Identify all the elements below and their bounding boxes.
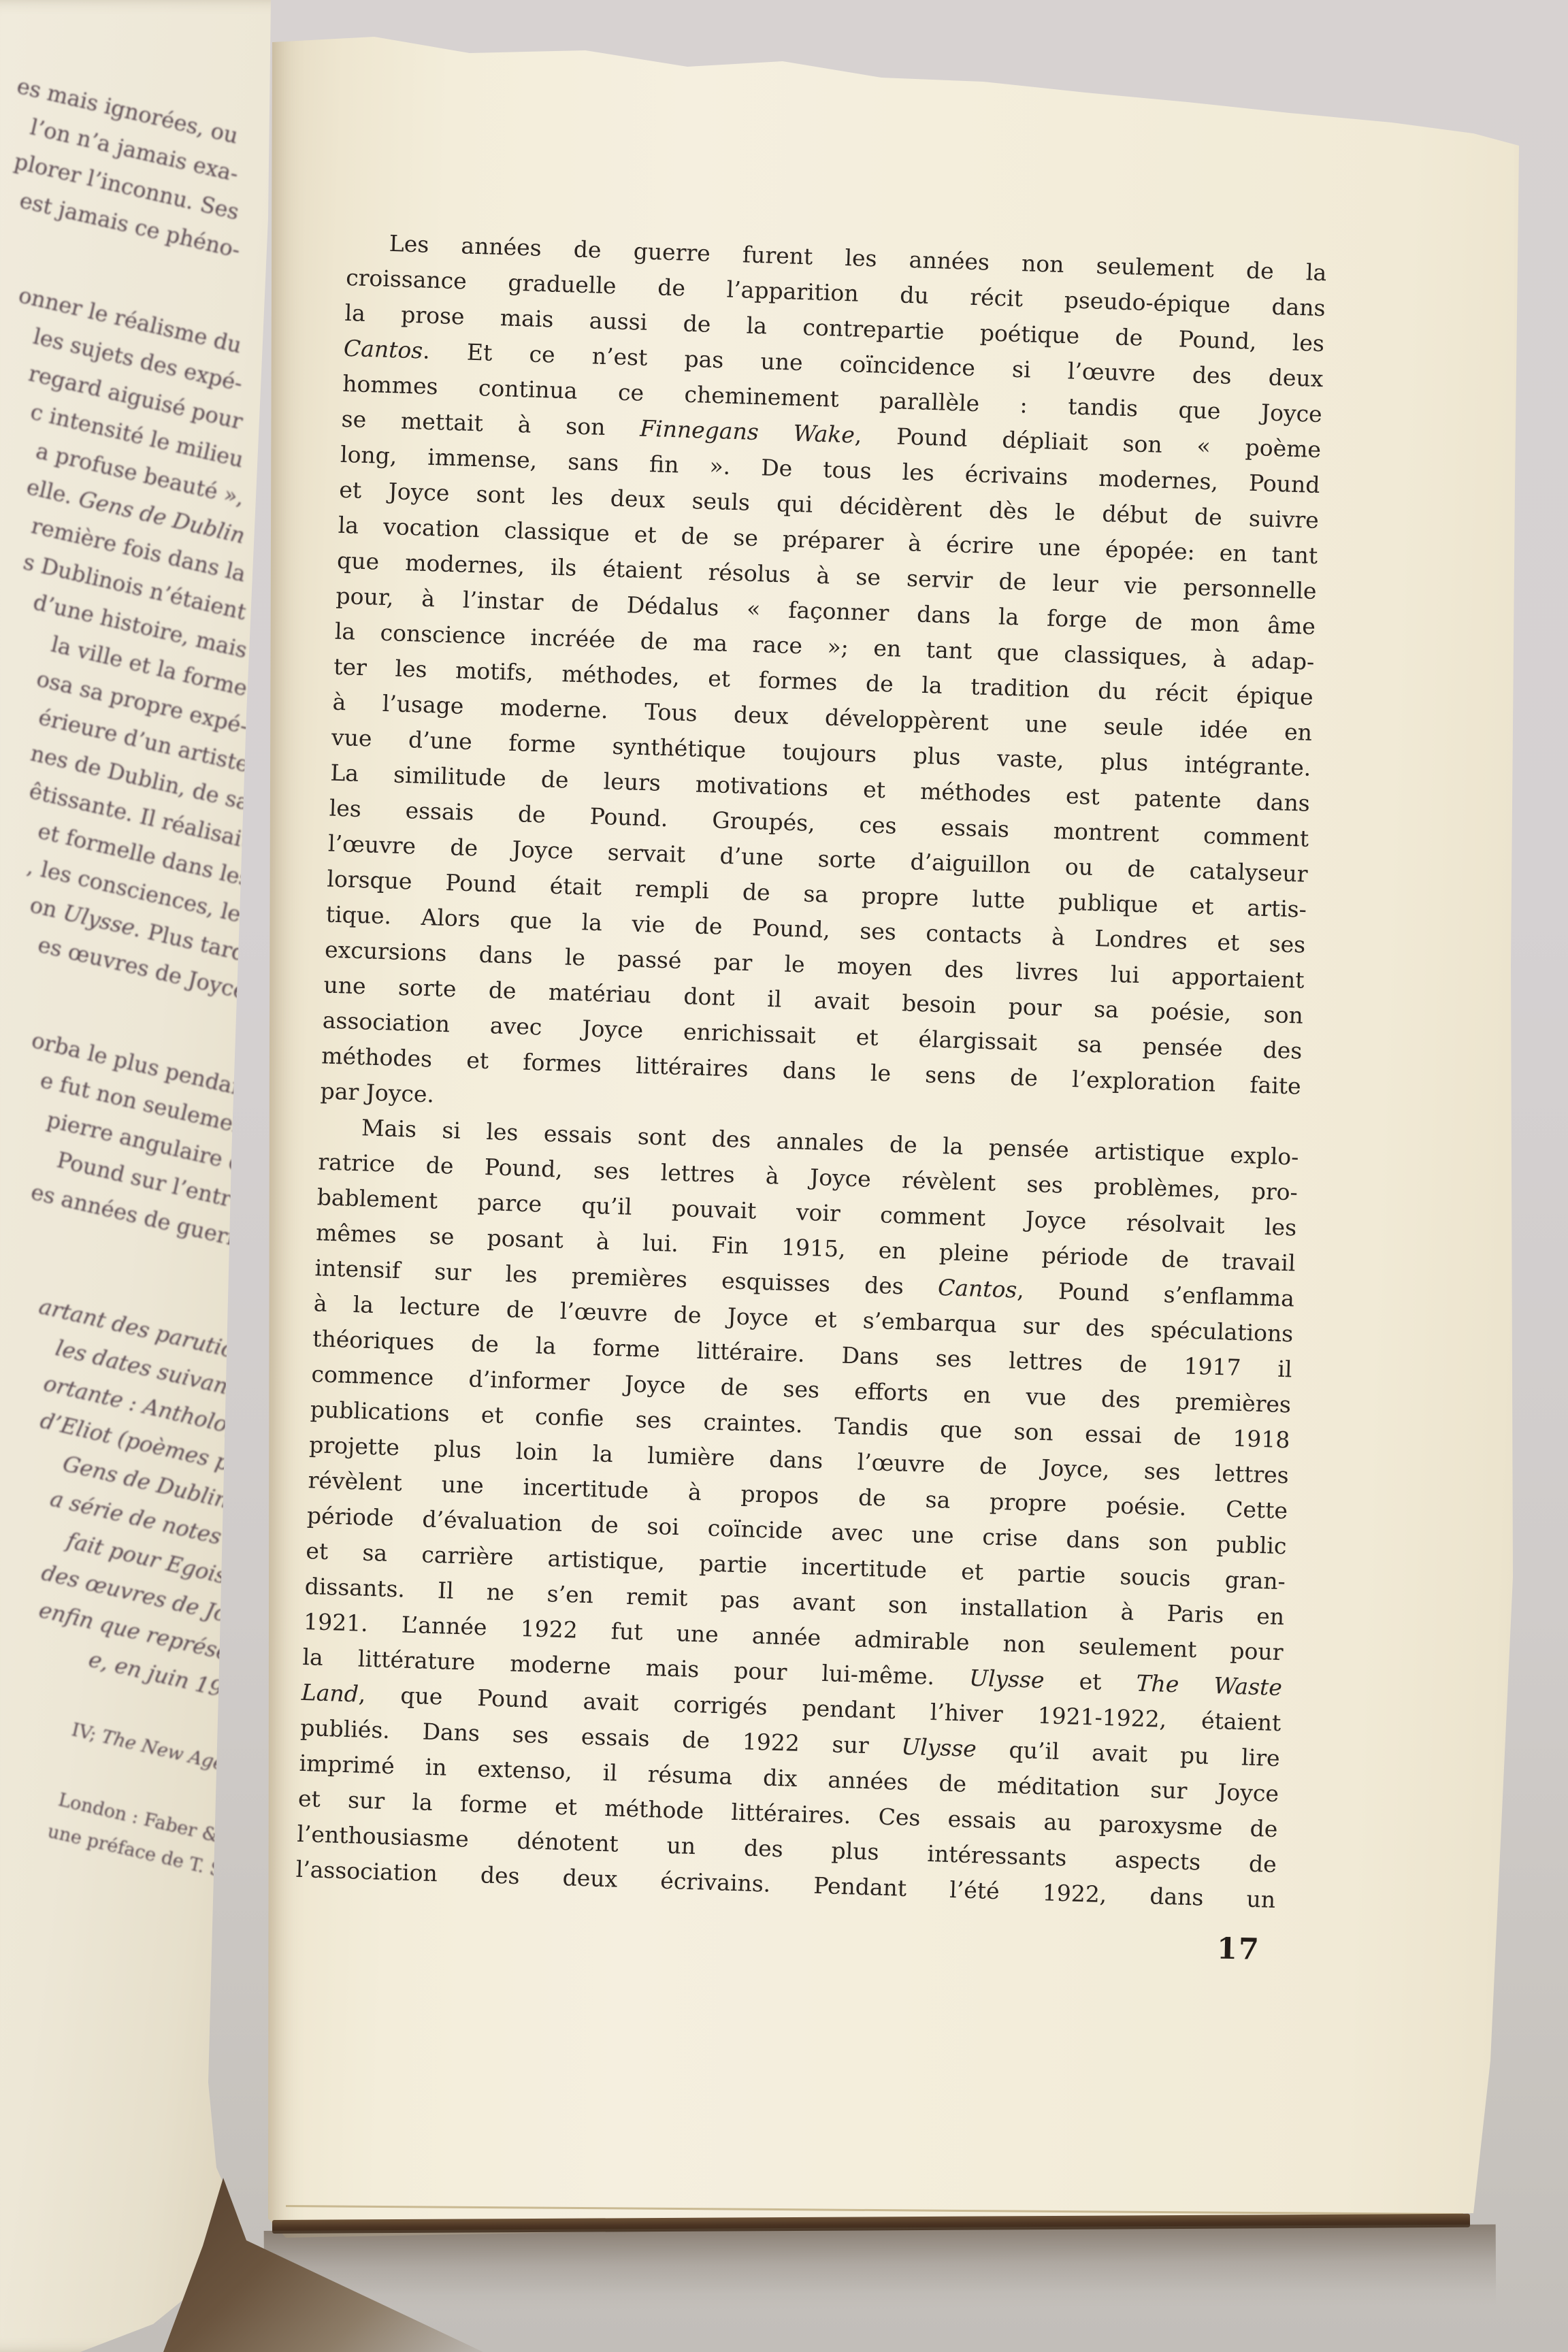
left-page-text-column: es mais ignorées, oul’on n’a jamais exa-… bbox=[0, 117, 268, 1904]
page-number: 17 bbox=[1216, 1932, 1305, 1968]
book-photo: es mais ignorées, oul’on n’a jamais exa-… bbox=[0, 0, 1568, 2352]
left-page-text-fragment: es années de guerre, bbox=[19, 1224, 257, 1267]
left-page-group-footnote-ref-b: London : Faber & Fabeune préface de T. S… bbox=[30, 1831, 268, 1904]
left-page-text-fragment: e, en juin 1922². bbox=[27, 1680, 265, 1722]
left-page-text-fragment: est jamais ce phéno- bbox=[2, 231, 240, 274]
left-page: es mais ignorées, oul’on n’a jamais exa-… bbox=[0, 0, 299, 2352]
left-page-text-fragment: une préface de T. S. Elio bbox=[31, 1865, 268, 1904]
right-page-text-block: Les années de guerre furent les années n… bbox=[295, 225, 1327, 1918]
left-page-group-para-c: orba le plus pendante fut non seulementp… bbox=[17, 1072, 257, 1267]
left-page-text-fragment: es œuvres de Joyce, bbox=[15, 975, 252, 1017]
left-page-group-para-b: onner le réalisme dules sujets des expé-… bbox=[3, 327, 252, 1017]
left-page-group-footnote-italic: artant des parutionsles dates suivanteso… bbox=[21, 1337, 265, 1722]
left-page-group-para-a: es mais ignorées, oul’on n’a jamais exa-… bbox=[0, 117, 240, 274]
right-page: Les années de guerre furent les années n… bbox=[265, 12, 1524, 2244]
book-block-shadow bbox=[264, 2225, 1497, 2313]
